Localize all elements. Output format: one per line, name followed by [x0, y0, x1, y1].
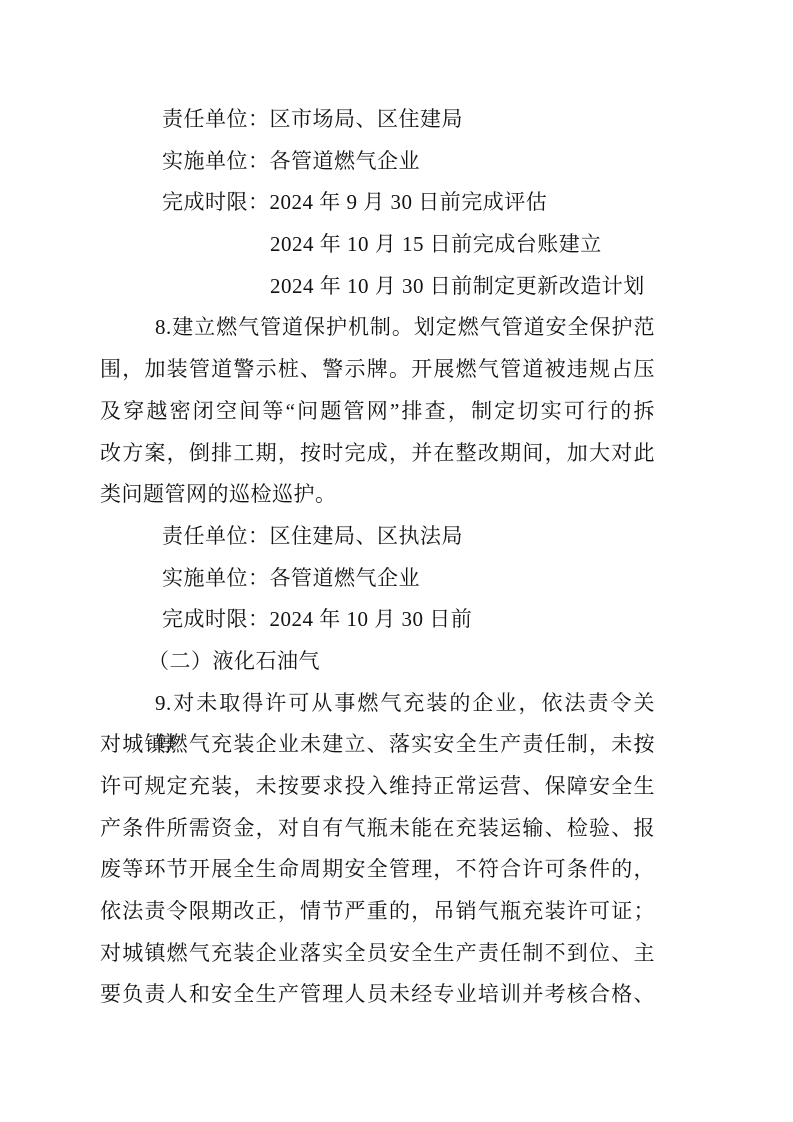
- paragraph-8-line: 类问题管网的巡检巡护。: [100, 474, 655, 516]
- paragraph-8-line: 改方案，倒排工期，按时完成，并在整改期间，加大对此: [100, 433, 655, 475]
- deadline-line: 完成时限：2024 年 10 月 30 日前: [100, 599, 655, 641]
- deadline-line: 完成时限：2024 年 9 月 30 日前完成评估: [100, 182, 655, 224]
- implementing-unit-line: 实施单位：各管道燃气企业: [100, 141, 655, 183]
- deadline-continuation-line: 2024 年 10 月 30 日前制定更新改造计划: [100, 266, 655, 308]
- paragraph-9-line: 要负责人和安全生产管理人员未经专业培训并考核合格、: [100, 974, 655, 1016]
- document-page: 责任单位：区市场局、区住建局 实施单位：各管道燃气企业 完成时限：2024 年 …: [0, 0, 793, 1122]
- implementing-unit-line: 实施单位：各管道燃气企业: [100, 558, 655, 600]
- deadline-continuation-line: 2024 年 10 月 15 日前完成台账建立: [100, 224, 655, 266]
- section-heading-line: （二）液化石油气: [100, 641, 655, 683]
- paragraph-8-line: 围，加装管道警示桩、警示牌。开展燃气管道被违规占压: [100, 349, 655, 391]
- responsible-unit-line: 责任单位：区住建局、区执法局: [100, 516, 655, 558]
- paragraph-9-line: 9.对未取得许可从事燃气充装的企业，依法责令关停；: [100, 683, 655, 725]
- paragraph-8-line: 8.建立燃气管道保护机制。划定燃气管道安全保护范: [100, 307, 655, 349]
- responsible-unit-line: 责任单位：区市场局、区住建局: [100, 99, 655, 141]
- paragraph-9-line: 废等环节开展全生命周期安全管理，不符合许可条件的，: [100, 849, 655, 891]
- paragraph-9-line: 对城镇燃气充装企业未建立、落实安全生产责任制，未按: [100, 724, 655, 766]
- paragraph-9-line: 对城镇燃气充装企业落实全员安全生产责任制不到位、主: [100, 933, 655, 975]
- paragraph-9-line: 产条件所需资金，对自有气瓶未能在充装运输、检验、报: [100, 808, 655, 850]
- document-text-block: 责任单位：区市场局、区住建局 实施单位：各管道燃气企业 完成时限：2024 年 …: [100, 99, 655, 1016]
- paragraph-9-line: 依法责令限期改正，情节严重的，吊销气瓶充装许可证；: [100, 891, 655, 933]
- paragraph-9-line: 许可规定充装，未按要求投入维持正常运营、保障安全生: [100, 766, 655, 808]
- paragraph-8-line: 及穿越密闭空间等“问题管网”排查，制定切实可行的拆: [100, 391, 655, 433]
